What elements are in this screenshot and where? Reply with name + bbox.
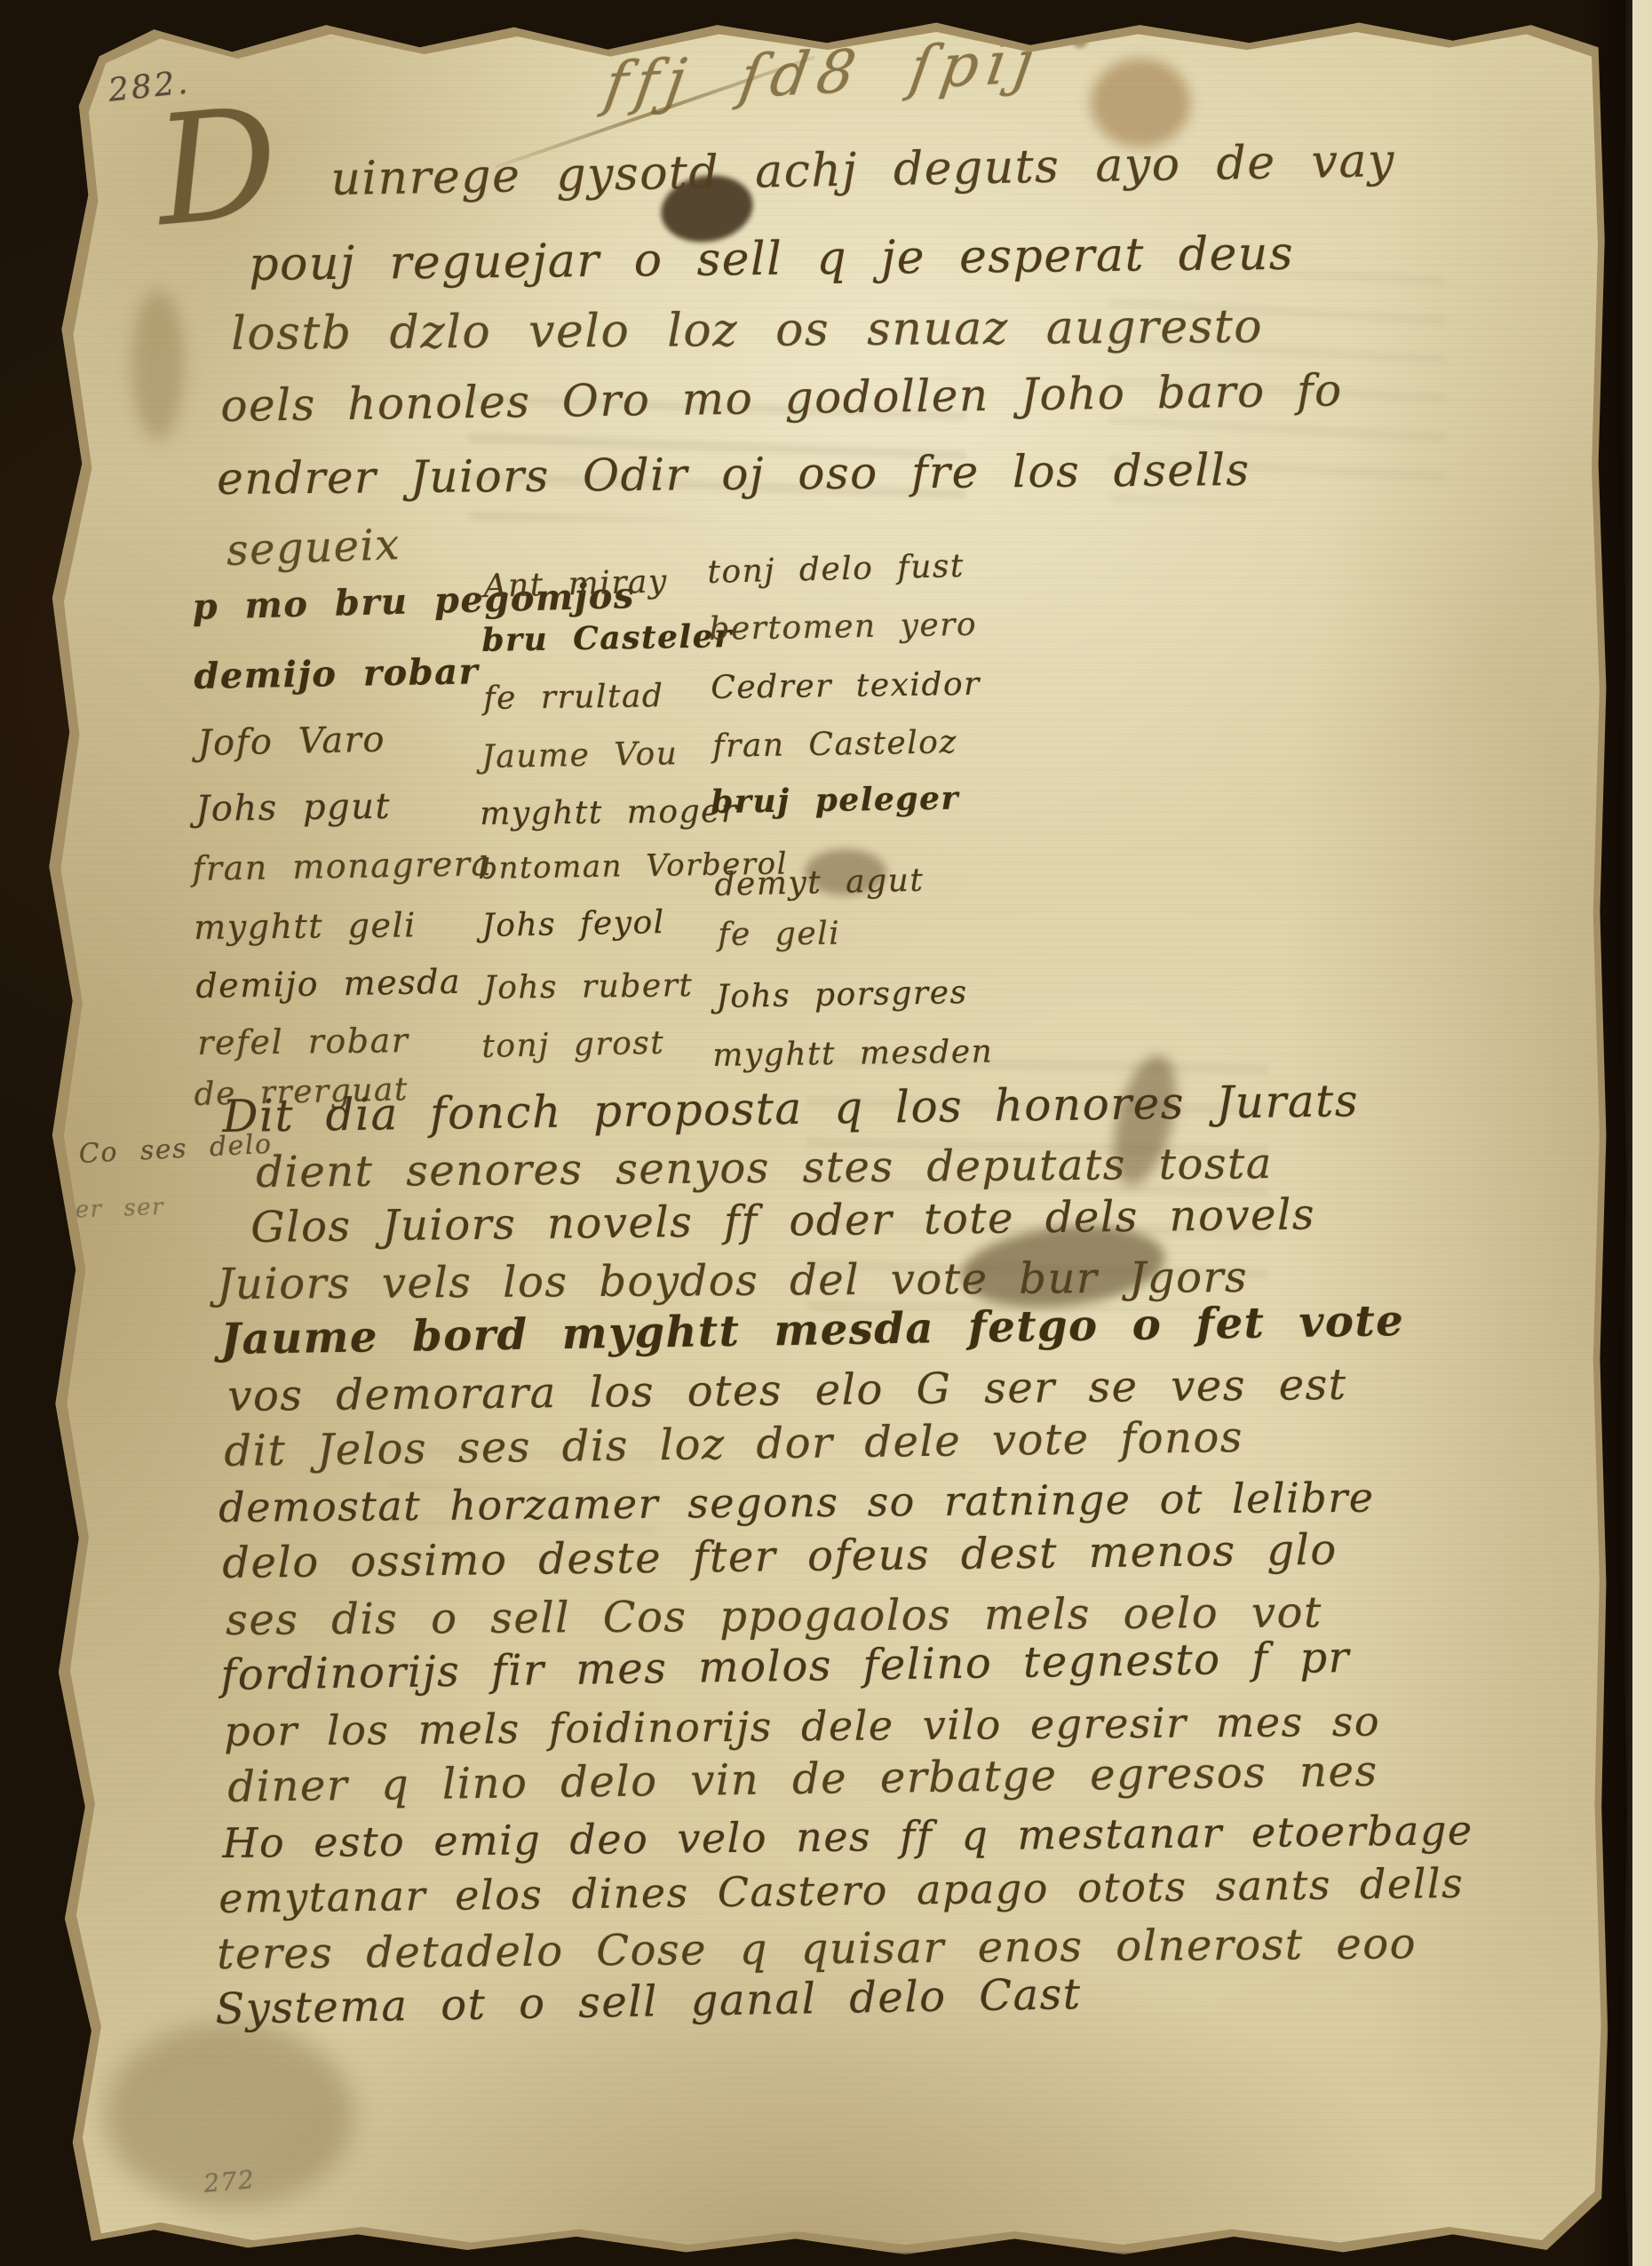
attendee-name: fran monagrera <box>192 844 493 888</box>
attendee-name: demyt agut <box>714 863 925 903</box>
attendee-name: Johs rubert <box>483 967 694 1006</box>
text-line: por los mels foidinorijs dele vilo egres… <box>224 1698 1380 1755</box>
attendee-name: fran Casteloz <box>712 724 957 765</box>
text-line: demostat horzamer segons so ratninge ot … <box>218 1474 1375 1531</box>
attendee-name: myghtt geli <box>194 905 417 947</box>
attendee-name: refel robar <box>197 1021 409 1062</box>
attendee-name: Jofo Varo <box>197 720 385 764</box>
attendee-name: myghtt mesden <box>712 1034 994 1074</box>
text-line: endrer Juiors Odir oj oso fre los dsells <box>217 444 1251 505</box>
attendee-name: tonj grost <box>481 1025 665 1065</box>
text-line: teres detadelo Cose q quisar enos olnero… <box>217 1919 1417 1979</box>
text-line: diner q lino delo vin de erbatge egresos… <box>227 1746 1378 1812</box>
attendee-list-heading: segueix <box>226 520 401 576</box>
round-stain <box>1091 59 1190 147</box>
text-line: Systema ot o sell ganal delo Cast <box>215 1969 1082 2034</box>
initial-letter: D <box>149 75 287 260</box>
attendee-name: Johs feyol <box>481 904 665 944</box>
attendee-name: demijo mesda <box>195 962 461 1006</box>
attendee-name: demijo robar <box>194 650 480 697</box>
bottom-folio-number: 272 <box>203 2165 257 2198</box>
manuscript-page: 282. 272 ffj ſd8 ſpij D uinrege gysotd a… <box>52 23 1604 2249</box>
attendee-name: Johs porsgres <box>716 974 968 1015</box>
attendee-name: myghtt moger <box>480 793 738 832</box>
text-line: Ho esto emig deo velo nes ff q mestanar … <box>222 1806 1473 1867</box>
attendee-name: bru Casteler <box>481 617 733 659</box>
attendee-name: Cedrer texidor <box>711 666 981 706</box>
attendee-name: Johs pgut <box>195 786 391 830</box>
attendee-name: tonj delo fust <box>707 548 965 591</box>
text-line: vos demorara los otes elo G ser se ves e… <box>227 1360 1347 1421</box>
text-line: emytanar elos dines Castero apago otots … <box>218 1859 1465 1922</box>
attendee-name: bruj peleger <box>711 780 959 821</box>
text-line: pouj reguejar o sell q je esperat deus <box>249 227 1294 291</box>
text-line: lostb dzlo velo loz os snuaz augresto <box>231 300 1263 361</box>
attendee-name: fe geli <box>718 916 840 953</box>
edge-stain <box>131 290 185 441</box>
text-line: dit Jelos ses dis loz dor dele vote fono… <box>224 1412 1243 1476</box>
text-line: uinrege gysotd achj deguts ayo de vay <box>330 134 1395 206</box>
attendee-name: Ant miray <box>483 563 668 605</box>
attendee-name: Jaume Vou <box>481 735 679 775</box>
attendee-name: bertomen yero <box>709 607 977 648</box>
text-line: dient senores senyos stes deputats tosta <box>256 1139 1273 1197</box>
manuscript-photo: { "document": { "folio_number": "282.", … <box>0 0 1652 2266</box>
attendee-name: fe rrultad <box>483 678 664 717</box>
